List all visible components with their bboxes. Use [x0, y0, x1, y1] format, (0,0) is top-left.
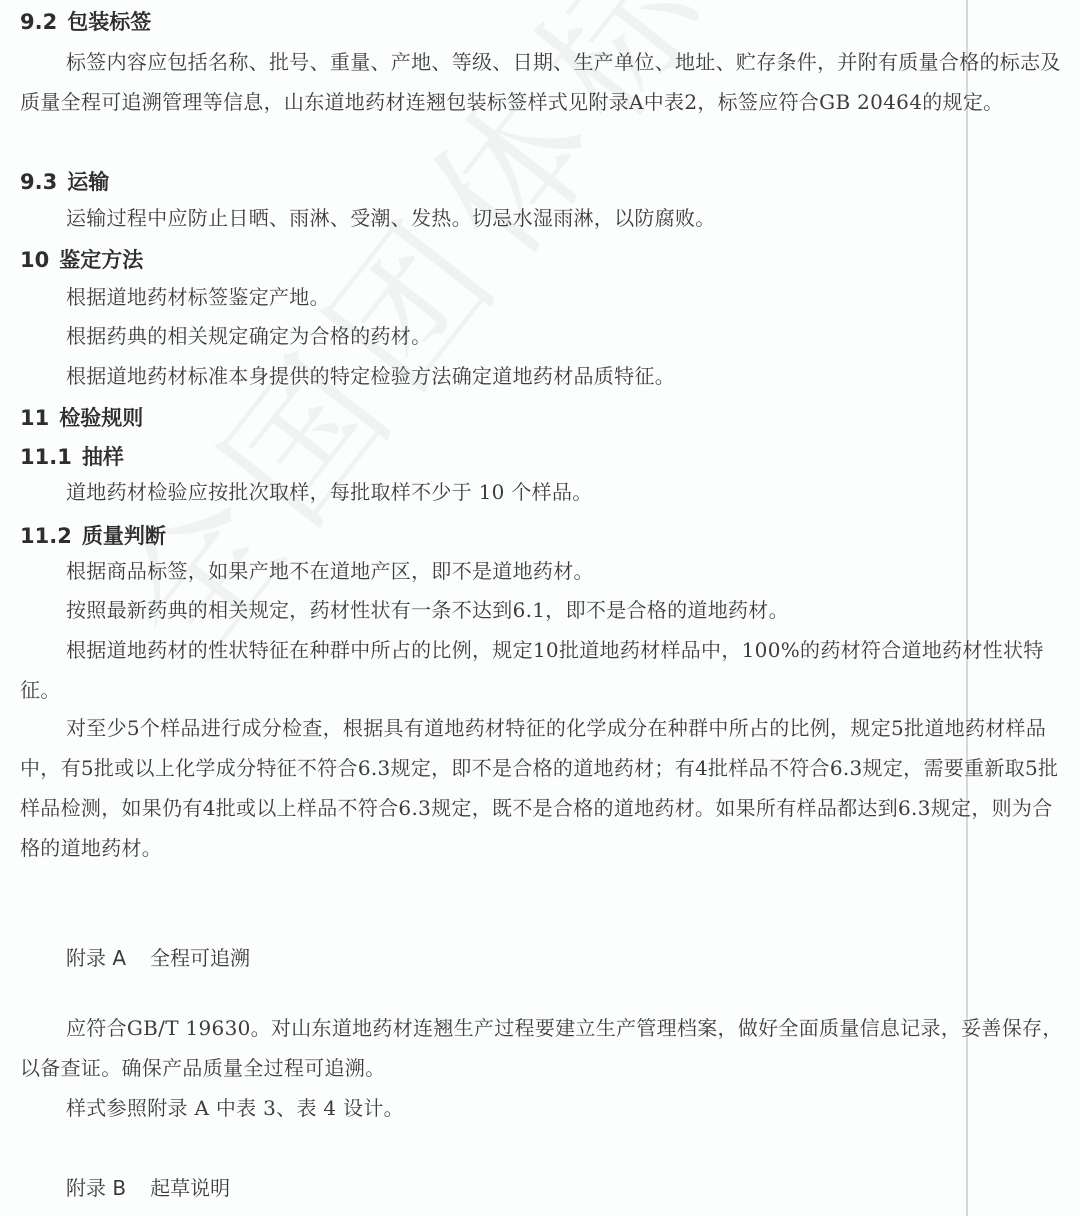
appendix-title: 起草说明: [150, 1176, 230, 1200]
paragraph-11-2-2: 按照最新药典的相关规定，药材性状有一条不达到6.1，即不是合格的道地药材。: [20, 590, 1070, 630]
paragraph-11-1: 道地药材检验应按批次取样，每批取样不少于 10 个样品。: [20, 472, 1070, 512]
heading-number: 11.1: [20, 445, 72, 469]
appendix-a-heading: 附录 A全程可追溯: [66, 942, 250, 971]
heading-number: 11.2: [20, 524, 72, 548]
paragraph-10-2: 根据药典的相关规定确定为合格的药材。: [20, 316, 1070, 356]
paragraph-9-3: 运输过程中应防止日晒、雨淋、受潮、发热。切忌水湿雨淋，以防腐败。: [20, 198, 1070, 238]
heading-number: 9.3: [20, 170, 57, 194]
appendix-label: 附录 B: [66, 1176, 126, 1200]
appendix-a-paragraph-1: 应符合GB/T 19630。对山东道地药材连翘生产过程要建立生产管理档案，做好全…: [20, 1008, 1070, 1088]
heading-9-2: 9.2包装标签: [20, 6, 151, 36]
paragraph-10-3: 根据道地药材标准本身提供的特定检验方法确定道地药材品质特征。: [20, 356, 1070, 396]
appendix-title: 全程可追溯: [150, 946, 250, 970]
appendix-b-heading: 附录 B起草说明: [66, 1172, 230, 1201]
heading-11-2: 11.2质量判断: [20, 520, 166, 550]
heading-title: 包装标签: [67, 10, 151, 34]
appendix-label: 附录 A: [66, 946, 126, 970]
heading-9-3: 9.3运输: [20, 166, 109, 196]
heading-11: 11检验规则: [20, 402, 143, 432]
heading-number: 11: [20, 406, 49, 430]
heading-title: 运输: [67, 170, 109, 194]
paragraph-11-2-3: 根据道地药材的性状特征在种群中所占的比例，规定10批道地药材样品中，100%的药…: [20, 630, 1070, 710]
appendix-a-paragraph-2: 样式参照附录 A 中表 3、表 4 设计。: [20, 1088, 1070, 1128]
heading-title: 质量判断: [82, 524, 166, 548]
heading-number: 9.2: [20, 10, 57, 34]
paragraph-11-2-1: 根据商品标签，如果产地不在道地产区，即不是道地药材。: [20, 551, 1070, 591]
heading-title: 鉴定方法: [59, 248, 143, 272]
heading-11-1: 11.1抽样: [20, 441, 124, 471]
heading-10: 10鉴定方法: [20, 244, 143, 274]
document-page: 全国团体标准信息平台 9.2包装标签 标签内容应包括名称、批号、重量、产地、等级…: [0, 0, 1080, 1216]
heading-title: 检验规则: [59, 406, 143, 430]
heading-title: 抽样: [82, 445, 124, 469]
paragraph-10-1: 根据道地药材标签鉴定产地。: [20, 277, 1070, 317]
heading-number: 10: [20, 248, 49, 272]
paragraph-9-2: 标签内容应包括名称、批号、重量、产地、等级、日期、生产单位、地址、贮存条件，并附…: [20, 42, 1070, 122]
paragraph-11-2-4: 对至少5个样品进行成分检查，根据具有道地药材特征的化学成分在种群中所占的比例，规…: [20, 708, 1070, 868]
